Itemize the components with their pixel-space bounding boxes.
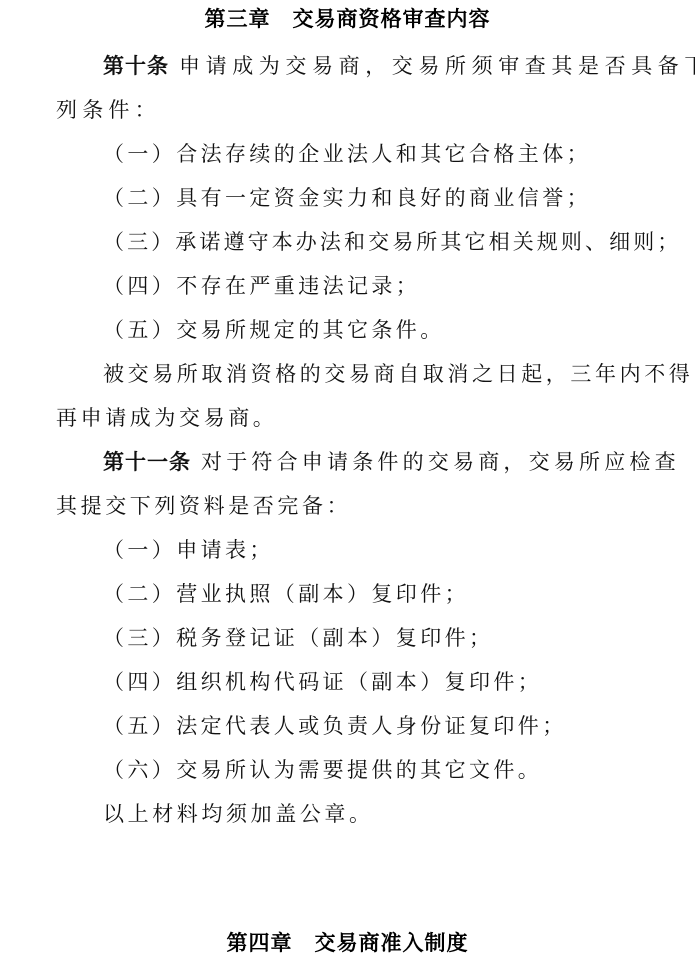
article-10-item-5: （五）交易所规定的其它条件。: [103, 317, 445, 343]
article-11-note: 以上材料均须加盖公章。: [103, 801, 374, 827]
article-11-item-5: （五）法定代表人或负责人身份证复印件；: [103, 713, 567, 739]
article-11-text: 对于符合申请条件的交易商，交易所应检查: [201, 450, 680, 474]
chapter-4-heading: 第四章 交易商准入制度: [0, 930, 695, 956]
article-11-line-2: 其提交下列资料是否完备：: [56, 493, 351, 519]
article-10-label: 第十条: [103, 54, 169, 78]
article-11-label: 第十一条: [103, 450, 191, 474]
article-11-item-2: （二）营业执照（副本）复印件；: [103, 581, 469, 607]
article-11-line-1: 第十一条对于符合申请条件的交易商，交易所应检查: [103, 449, 680, 475]
article-10-note-line-2: 再申请成为交易商。: [56, 405, 277, 431]
chapter-3-heading: 第三章 交易商资格审查内容: [0, 6, 695, 32]
article-11-item-1: （一）申请表；: [103, 537, 274, 563]
article-10-item-1: （一）合法存续的企业法人和其它合格主体；: [103, 141, 591, 167]
article-11-item-3: （三）税务登记证（副本）复印件；: [103, 625, 493, 651]
article-10-line-1: 第十条申请成为交易商，交易所须审查其是否具备下: [103, 53, 695, 79]
article-10-item-3: （三）承诺遵守本办法和交易所其它相关规则、细则；: [103, 229, 681, 255]
article-10-item-2: （二）具有一定资金实力和良好的商业信誉；: [103, 185, 591, 211]
article-11-item-4: （四）组织机构代码证（副本）复印件；: [103, 669, 542, 695]
article-10-line-2: 列条件：: [56, 97, 161, 123]
article-10-note-line-1: 被交易所取消资格的交易商自取消之日起，三年内不得: [103, 361, 693, 387]
article-10-text: 申请成为交易商，交易所须审查其是否具备下: [179, 54, 695, 78]
article-11-item-6: （六）交易所认为需要提供的其它文件。: [103, 757, 542, 783]
article-10-item-4: （四）不存在严重违法记录；: [103, 273, 420, 299]
